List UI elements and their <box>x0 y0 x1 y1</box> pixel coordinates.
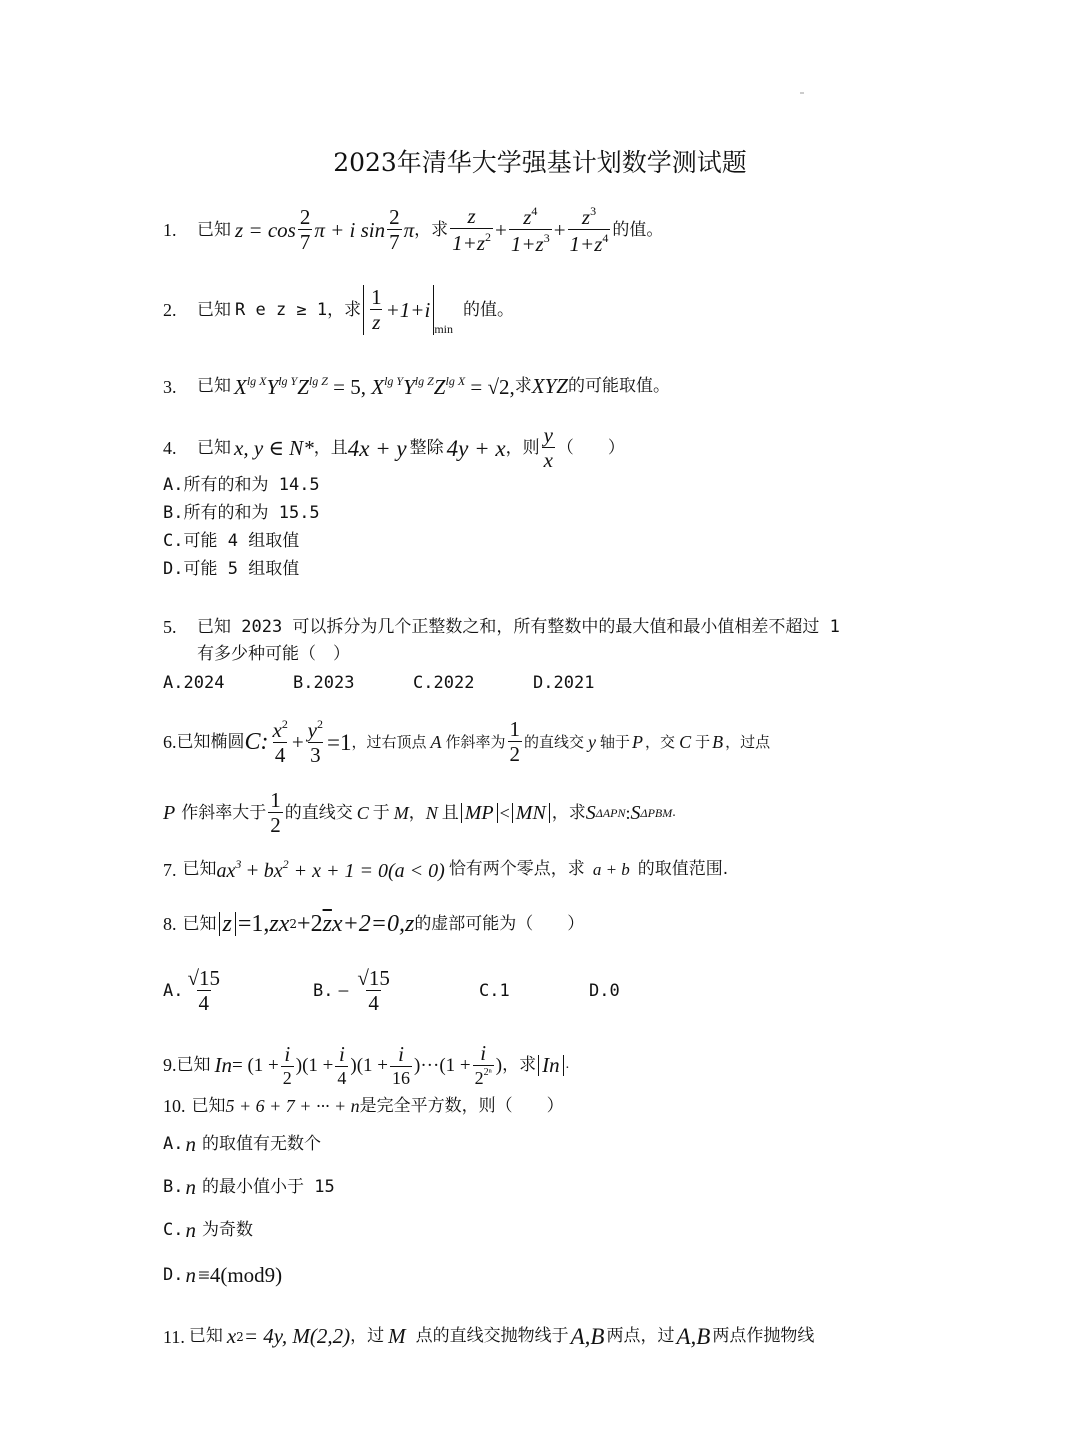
question-5-line-2: 有多少种可能（ ） <box>197 646 350 663</box>
question-8-options: A.√154 B.−√154 C.1 D.0 <box>163 968 620 1014</box>
scan-speck <box>800 92 804 94</box>
question-number: 5. <box>163 618 197 636</box>
question-text: 于 <box>695 735 710 750</box>
option-a: A.所有的和为 14.5 <box>163 477 320 494</box>
absolute-value: MP <box>461 803 498 823</box>
absolute-value: 1z +1+i <box>363 285 434 335</box>
math: 4x + y <box>348 437 407 460</box>
option-a: A.√154 <box>163 968 313 1014</box>
fraction: 27 <box>387 207 402 253</box>
question-number: 6. <box>163 733 177 751</box>
math: + <box>495 220 507 241</box>
math: π + i sin <box>314 220 385 241</box>
question-text: 的取值范围. <box>638 861 728 878</box>
option-b: B.−√154 <box>313 968 479 1014</box>
option-c: C.2022 <box>413 675 533 692</box>
option-d: D.2021 <box>533 675 594 692</box>
math: + <box>554 220 566 241</box>
fraction: yx <box>542 425 555 471</box>
question-number: 8. <box>163 915 177 933</box>
math: 5 + 6 + 7 + ··· + n <box>226 1097 360 1115</box>
question-3: 3. 已知 Xlg XYlg YZlg Z = 5, Xlg YYlg ZZlg… <box>163 375 670 398</box>
absolute-value: In <box>538 1055 564 1076</box>
question-text: 且 <box>442 805 459 822</box>
option-d: D.可能 5 组取值 <box>163 561 299 578</box>
question-number: 10. <box>163 1097 186 1115</box>
question-5-options: A.2024 B.2023 C.2022 D.2021 <box>163 675 594 692</box>
question-number: 1. <box>163 221 197 239</box>
question-number: 11. <box>163 1328 185 1346</box>
math: π <box>404 220 415 241</box>
question-number: 3. <box>163 378 197 396</box>
question-text: ，交 <box>645 735 675 750</box>
question-4: 4. 已知 x, y ∈ N* ，且 4x + y 整除 4y + x ，则 y… <box>163 425 625 471</box>
subscript-min: min <box>434 323 453 335</box>
math: z = cos <box>235 220 296 241</box>
question-text: 两点作抛物线 <box>712 1328 814 1345</box>
fraction-term-1: z1+z2 <box>450 206 493 254</box>
question-11: 11. 已知 x2 = 4y, M(2,2) ，过 M 点的直线交抛物线于 A,… <box>163 1325 814 1348</box>
answer-blank: （ ） <box>557 440 625 457</box>
question-6-line-2: P 作斜率大于 12 的直线交 C 于 M ， N 且 MP < MN ，求 S… <box>163 790 676 836</box>
math: 4y + x <box>447 437 506 460</box>
question-6: 6. 已知椭圆 C: x24 + y23 =1 ，过右顶点 A 作斜率为 12 … <box>163 718 770 766</box>
math: XYZ <box>532 376 568 397</box>
fraction: 27 <box>298 207 313 253</box>
question-text: 已知 <box>183 861 217 878</box>
question-text: 已知 <box>183 916 217 933</box>
question-text: 作斜率大于 <box>181 805 266 822</box>
option-a: A.n的取值有无数个 <box>163 1134 321 1155</box>
question-text: 已知 <box>197 378 231 395</box>
question-number: 2. <box>163 301 197 319</box>
question-text: 已知 <box>197 302 231 319</box>
question-text: ，过右顶点 <box>351 735 426 750</box>
math: a + b <box>593 861 630 878</box>
question-text: 的可能取值。 <box>568 378 670 395</box>
question-text: 的直线交 <box>524 735 584 750</box>
question-2: 2. 已知 R e z ≥ 1 ，求 1z +1+i min 的值。 <box>163 285 514 335</box>
fraction-term-2: z41+z3 <box>509 205 552 255</box>
fraction: y23 <box>306 718 325 766</box>
absolute-value: z <box>219 912 236 936</box>
page-title: 2023年清华大学强基计划数学测试题 <box>0 143 1080 179</box>
question-text: ，且 <box>314 440 348 457</box>
option-b: B.所有的和为 15.5 <box>163 505 320 522</box>
question-text: ，过 <box>350 1328 384 1345</box>
question-text: ，求 <box>327 302 361 319</box>
question-text: 轴于 <box>600 735 630 750</box>
absolute-value: MN <box>512 803 550 823</box>
fraction: 12 <box>268 790 283 836</box>
exam-page: 2023年清华大学强基计划数学测试题 1. 已知 z = cos 27 π + … <box>0 0 1080 1443</box>
question-text: ，则 <box>506 440 540 457</box>
question-10: 10. 已知 5 + 6 + 7 + ··· + n 是完全平方数，则（ ） <box>163 1097 564 1115</box>
question-number: 4. <box>163 439 197 457</box>
question-text: ，求 <box>502 1057 536 1074</box>
option-c: C.1 <box>479 983 589 1000</box>
option-b: B.2023 <box>293 675 413 692</box>
question-1: 1. 已知 z = cos 27 π + i sin 27 π ，求 z1+z2… <box>163 205 663 255</box>
option-a: A.2024 <box>163 675 293 692</box>
math: C: <box>245 730 269 754</box>
question-9: 9. 已知 In = (1 + i2 )(1 + i4 )(1 + i16 )·… <box>163 1043 569 1087</box>
question-text: 整除 <box>410 440 444 457</box>
question-text: 的直线交 <box>285 805 353 822</box>
option-d: D.0 <box>589 983 620 1000</box>
question-text: 的值。 <box>612 222 663 239</box>
question-text: 作斜率为 <box>446 735 506 750</box>
math: ax3 + bx2 + x + 1 = 0(a < 0) <box>217 858 445 881</box>
fraction: 12 <box>508 719 523 765</box>
question-text: ，求 <box>414 222 448 239</box>
option-c: C.可能 4 组取值 <box>163 533 299 550</box>
question-text: 已知 <box>189 1328 223 1345</box>
question-text: 已知 <box>197 440 231 457</box>
question-text: ，过点 <box>725 735 770 750</box>
fraction: x24 <box>271 718 290 766</box>
question-text: 于 <box>373 805 390 822</box>
question-7: 7. 已知 ax3 + bx2 + x + 1 = 0(a < 0) 恰有两个零… <box>163 858 728 881</box>
question-text: 已知 2023 可以拆分为几个正整数之和，所有整数中的最大值和最小值相差不超过 … <box>197 619 840 636</box>
math: x, y ∈ N* <box>234 438 314 459</box>
math: R e z ≥ 1 <box>235 302 327 319</box>
question-text: 恰有两个零点，求 <box>449 861 585 878</box>
question-text: 的虚部可能为（ ） <box>414 916 584 933</box>
option-b: B.n的最小值小于 15 <box>163 1177 335 1198</box>
question-text: 已知 <box>197 222 231 239</box>
option-d: D.n≡4(mod9) <box>163 1265 282 1286</box>
option-c: C.n为奇数 <box>163 1220 253 1241</box>
question-text: 已知 <box>177 1057 211 1074</box>
question-text: 两点，过 <box>606 1328 674 1345</box>
question-text: 求 <box>515 378 532 395</box>
question-text: 有多少种可能（ ） <box>197 646 350 663</box>
question-text: 是完全平方数，则（ ） <box>360 1098 564 1115</box>
question-5: 5. 已知 2023 可以拆分为几个正整数之和，所有整数中的最大值和最小值相差不… <box>163 618 840 636</box>
question-number: 9. <box>163 1056 177 1074</box>
question-text: 的值。 <box>463 302 514 319</box>
fraction-term-3: z31+z4 <box>568 205 611 255</box>
question-text: 点的直线交抛物线于 <box>416 1328 569 1345</box>
question-text: ，求 <box>552 805 586 822</box>
question-8: 8. 已知 z =1, zx2 +2 z x+2=0, z 的虚部可能为（ ） <box>163 912 584 936</box>
math: Xlg XYlg YZlg Z = 5, Xlg YYlg ZZlg X = √… <box>234 375 515 398</box>
question-number: 7. <box>163 861 177 879</box>
question-text: 已知 <box>192 1098 226 1115</box>
question-text: 已知椭圆 <box>177 734 245 751</box>
